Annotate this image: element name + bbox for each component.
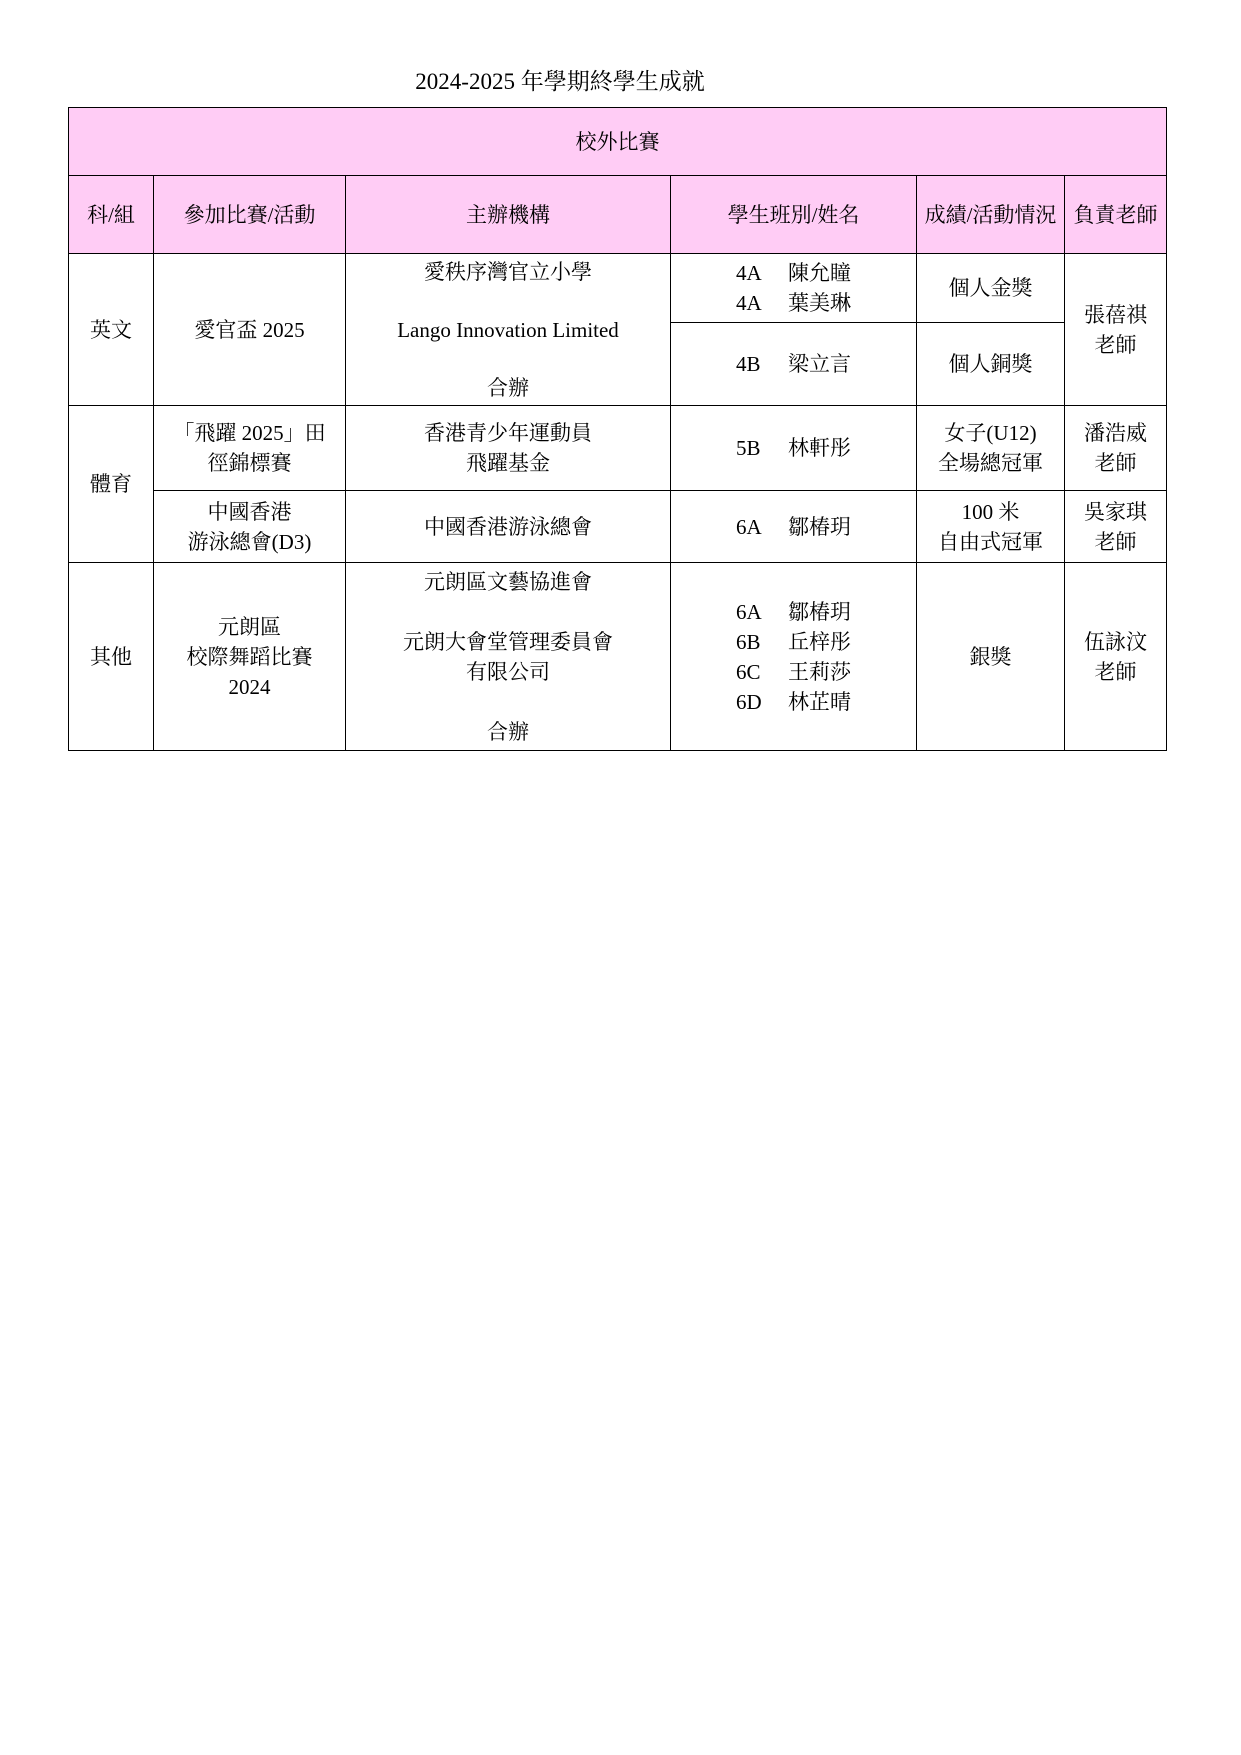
teacher-name: 潘浩威 bbox=[1069, 418, 1162, 448]
teacher-name: 伍詠汶 bbox=[1069, 627, 1162, 657]
table-row: 其他 元朗區 校際舞蹈比賽 2024 元朗區文藝協進會 元朗大會堂管理委員會 有… bbox=[69, 563, 1167, 751]
cell-category-other: 其他 bbox=[69, 563, 154, 751]
col-header-teacher: 負責老師 bbox=[1065, 176, 1167, 254]
teacher-name: 張蓓祺 bbox=[1069, 300, 1162, 330]
cell-students-english-1: 4A 陳允瞳 4A 葉美琳 bbox=[671, 254, 917, 323]
student-line: 4A 葉美琳 bbox=[675, 288, 912, 318]
teacher-suffix: 老師 bbox=[1069, 330, 1162, 360]
teacher-suffix: 老師 bbox=[1069, 657, 1162, 687]
organizer-line: 合辦 bbox=[487, 717, 529, 747]
cell-result-pe-2: 100 米 自由式冠軍 bbox=[917, 491, 1065, 563]
cell-students-pe-1: 5B 林軒彤 bbox=[671, 406, 917, 491]
student-line: 6A 鄒椿玥 bbox=[675, 512, 912, 542]
organizer-line: 元朗區文藝協進會 bbox=[424, 567, 592, 597]
section-banner: 校外比賽 bbox=[69, 108, 1167, 176]
organizer-line: 元朗大會堂管理委員會 bbox=[403, 627, 613, 657]
col-header-result: 成績/活動情況 bbox=[917, 176, 1065, 254]
col-header-subject-group: 科/組 bbox=[69, 176, 154, 254]
page-title: 2024-2025 年學期終學生成就 bbox=[0, 68, 1120, 96]
teacher-suffix: 老師 bbox=[1069, 448, 1162, 478]
cell-result-pe-1: 女子(U12) 全場總冠軍 bbox=[917, 406, 1065, 491]
cell-teacher-other: 伍詠汶 老師 bbox=[1065, 563, 1167, 751]
organizer-line: Lango Innovation Limited bbox=[397, 315, 619, 345]
table-row: 體育 「飛躍 2025」田 徑錦標賽 香港青少年運動員 飛躍基金 5B 林軒彤 … bbox=[69, 406, 1167, 491]
student-line: 5B 林軒彤 bbox=[675, 433, 912, 463]
cell-students-other: 6A 鄒椿玥 6B 丘梓彤 6C 王莉莎 6D 林芷晴 bbox=[671, 563, 917, 751]
col-header-organizer: 主辦機構 bbox=[346, 176, 671, 254]
student-line: 4B 梁立言 bbox=[675, 349, 912, 379]
cell-result-other: 銀獎 bbox=[917, 563, 1065, 751]
student-line: 6A 鄒椿玥 bbox=[675, 597, 912, 627]
teacher-name: 吳家琪 bbox=[1069, 497, 1162, 527]
table-row: 中國香港 游泳總會(D3) 中國香港游泳總會 6A 鄒椿玥 100 米 自由式冠… bbox=[69, 491, 1167, 563]
student-line: 4A 陳允瞳 bbox=[675, 258, 912, 288]
organizer-line: 愛秩序灣官立小學 bbox=[424, 257, 592, 287]
organizer-line: 合辦 bbox=[487, 373, 529, 403]
cell-activity-other: 元朗區 校際舞蹈比賽 2024 bbox=[154, 563, 346, 751]
cell-category-pe: 體育 bbox=[69, 406, 154, 563]
cell-organizer-english: 愛秩序灣官立小學 Lango Innovation Limited 合辦 bbox=[346, 254, 671, 406]
organizer-line: 有限公司 bbox=[466, 657, 550, 687]
cell-activity-pe-2: 中國香港 游泳總會(D3) bbox=[154, 491, 346, 563]
cell-result-english-1: 個人金獎 bbox=[917, 254, 1065, 323]
cell-teacher-pe-1: 潘浩威 老師 bbox=[1065, 406, 1167, 491]
col-header-student: 學生班別/姓名 bbox=[671, 176, 917, 254]
cell-result-english-2: 個人銅獎 bbox=[917, 323, 1065, 406]
cell-teacher-pe-2: 吳家琪 老師 bbox=[1065, 491, 1167, 563]
cell-category-english: 英文 bbox=[69, 254, 154, 406]
cell-organizer-pe-2: 中國香港游泳總會 bbox=[346, 491, 671, 563]
cell-students-pe-2: 6A 鄒椿玥 bbox=[671, 491, 917, 563]
cell-activity-pe-1: 「飛躍 2025」田 徑錦標賽 bbox=[154, 406, 346, 491]
col-header-activity: 參加比賽/活動 bbox=[154, 176, 346, 254]
teacher-suffix: 老師 bbox=[1069, 527, 1162, 557]
cell-organizer-other: 元朗區文藝協進會 元朗大會堂管理委員會 有限公司 合辦 bbox=[346, 563, 671, 751]
cell-teacher-english: 張蓓祺 老師 bbox=[1065, 254, 1167, 406]
cell-activity-english: 愛官盃 2025 bbox=[154, 254, 346, 406]
table-row: 英文 愛官盃 2025 愛秩序灣官立小學 Lango Innovation Li… bbox=[69, 254, 1167, 323]
student-line: 6D 林芷晴 bbox=[675, 687, 912, 717]
student-line: 6C 王莉莎 bbox=[675, 657, 912, 687]
achievements-table: 校外比賽 科/組 參加比賽/活動 主辦機構 學生班別/姓名 成績/活動情況 負責… bbox=[68, 107, 1167, 751]
document-page: { "title": "2024-2025 年學期終學生成就", "banner… bbox=[0, 0, 1241, 1755]
student-line: 6B 丘梓彤 bbox=[675, 627, 912, 657]
cell-students-english-2: 4B 梁立言 bbox=[671, 323, 917, 406]
cell-organizer-pe-1: 香港青少年運動員 飛躍基金 bbox=[346, 406, 671, 491]
